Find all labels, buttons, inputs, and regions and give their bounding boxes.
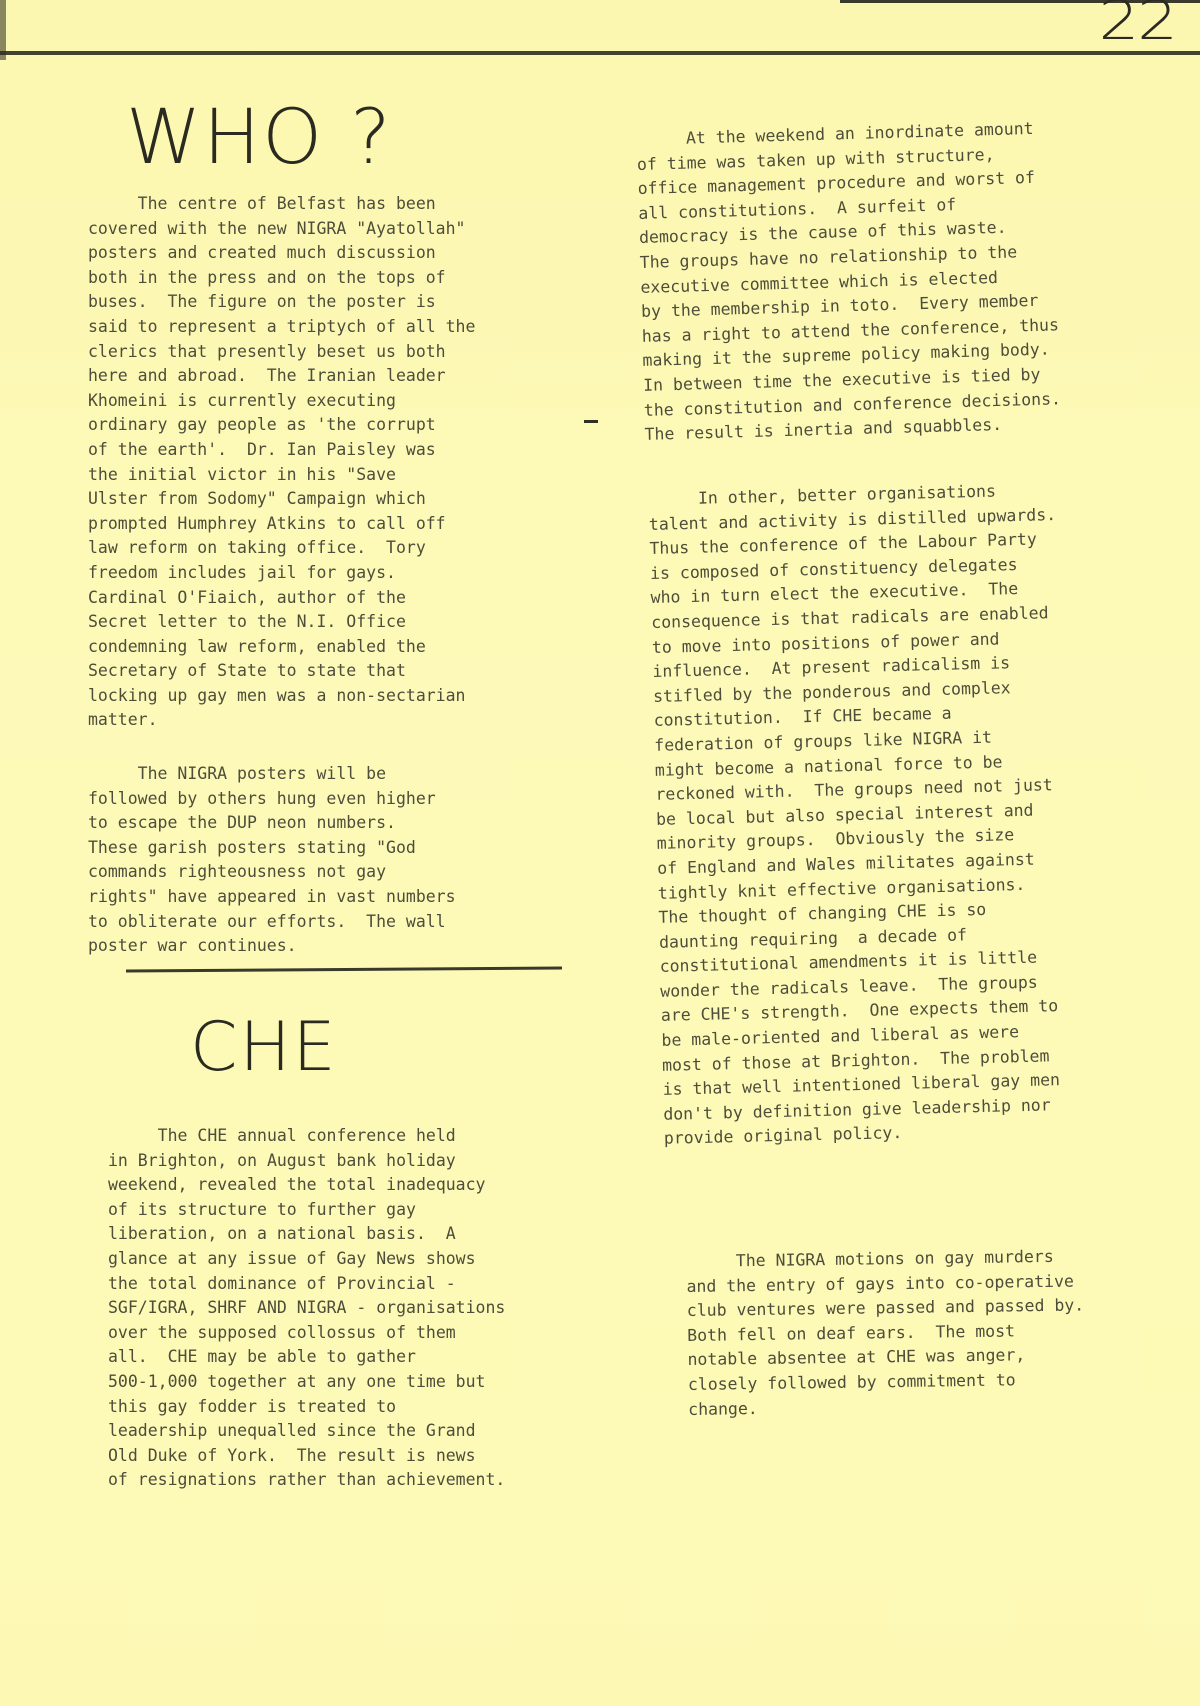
text-line: The CHE annual conference held [108, 1124, 505, 1149]
text-line: this gay fodder is treated to [108, 1395, 505, 1420]
text-line: of resignations rather than achievement. [108, 1468, 505, 1493]
text-line: to obliterate our efforts. The wall [88, 910, 456, 935]
text-line: glance at any issue of Gay News shows [108, 1247, 505, 1272]
text-line: the total dominance of Provincial - [108, 1272, 505, 1297]
text-line: prompted Humphrey Atkins to call off [88, 512, 475, 537]
text-line: freedom includes jail for gays. [88, 561, 475, 586]
text-line: Cardinal O'Fiaich, author of the [88, 586, 475, 611]
text-line: over the supposed collossus of them [108, 1321, 505, 1346]
text-line: Secretary of State to state that [88, 659, 475, 684]
text-line: liberation, on a national basis. A [108, 1222, 505, 1247]
text-line: Old Duke of York. The result is news [108, 1444, 505, 1469]
text-line: clerics that presently beset us both [88, 340, 475, 365]
text-line: both in the press and on the tops of [88, 266, 475, 291]
who-paragraph-2: The NIGRA posters will befollowed by oth… [88, 762, 456, 959]
text-line: law reform on taking office. Tory [88, 536, 475, 561]
text-line: condemning law reform, enabled the [88, 635, 475, 660]
magazine-page: 22 WHO ? The centre of Belfast has beenc… [0, 0, 1200, 1706]
page-number: 22 [1099, 0, 1176, 52]
text-line: The centre of Belfast has been [88, 192, 475, 217]
text-line: matter. [88, 708, 475, 733]
text-line: here and abroad. The Iranian leader [88, 364, 475, 389]
text-line: locking up gay men was a non-sectarian [88, 684, 475, 709]
text-line: commands righteousness not gay [88, 860, 456, 885]
who-paragraph-1: The centre of Belfast has beencovered wi… [88, 192, 475, 733]
text-line: poster war continues. [88, 934, 456, 959]
right-column-paragraph-3: The NIGRA motions on gay murdersand the … [686, 1244, 1086, 1422]
text-line: said to represent a triptych of all the [88, 315, 475, 340]
text-line: followed by others hung even higher [88, 787, 456, 812]
text-line: rights" have appeared in vast numbers [88, 885, 456, 910]
che-paragraph-1: The CHE annual conference heldin Brighto… [108, 1124, 505, 1493]
text-line: Ulster from Sodomy" Campaign which [88, 487, 475, 512]
header-rule [0, 51, 1200, 55]
text-line: ordinary gay people as 'the corrupt [88, 413, 475, 438]
text-line: posters and created much discussion [88, 241, 475, 266]
text-line: SGF/IGRA, SHRF AND NIGRA - organisations [108, 1296, 505, 1321]
text-line: the initial victor in his "Save [88, 463, 475, 488]
who-heading: WHO ? [126, 92, 393, 181]
text-line: weekend, revealed the total inadequacy [108, 1173, 505, 1198]
text-line: of the earth'. Dr. Ian Paisley was [88, 438, 475, 463]
text-line: all. CHE may be able to gather [108, 1345, 505, 1370]
column-dash-mark [584, 420, 598, 423]
text-line: These garish posters stating "God [88, 836, 456, 861]
text-line: of its structure to further gay [108, 1198, 505, 1223]
right-column-paragraph-1: At the weekend an inordinate amountof ti… [636, 116, 1062, 447]
text-line: in Brighton, on August bank holiday [108, 1149, 505, 1174]
text-line: leadership unequalled since the Grand [108, 1419, 505, 1444]
text-line: to escape the DUP neon numbers. [88, 811, 456, 836]
text-line: Secret letter to the N.I. Office [88, 610, 475, 635]
right-column-paragraph-2: In other, better organisationstalent and… [648, 478, 1071, 1152]
text-line: The NIGRA posters will be [88, 762, 456, 787]
che-heading: CHE [190, 1008, 338, 1087]
text-line: 500-1,000 together at any one time but [108, 1370, 505, 1395]
section-divider [126, 966, 562, 972]
text-line: change. [688, 1392, 1086, 1422]
text-line: Khomeini is currently executing [88, 389, 475, 414]
text-line: buses. The figure on the poster is [88, 290, 475, 315]
text-line: covered with the new NIGRA "Ayatollah" [88, 217, 475, 242]
